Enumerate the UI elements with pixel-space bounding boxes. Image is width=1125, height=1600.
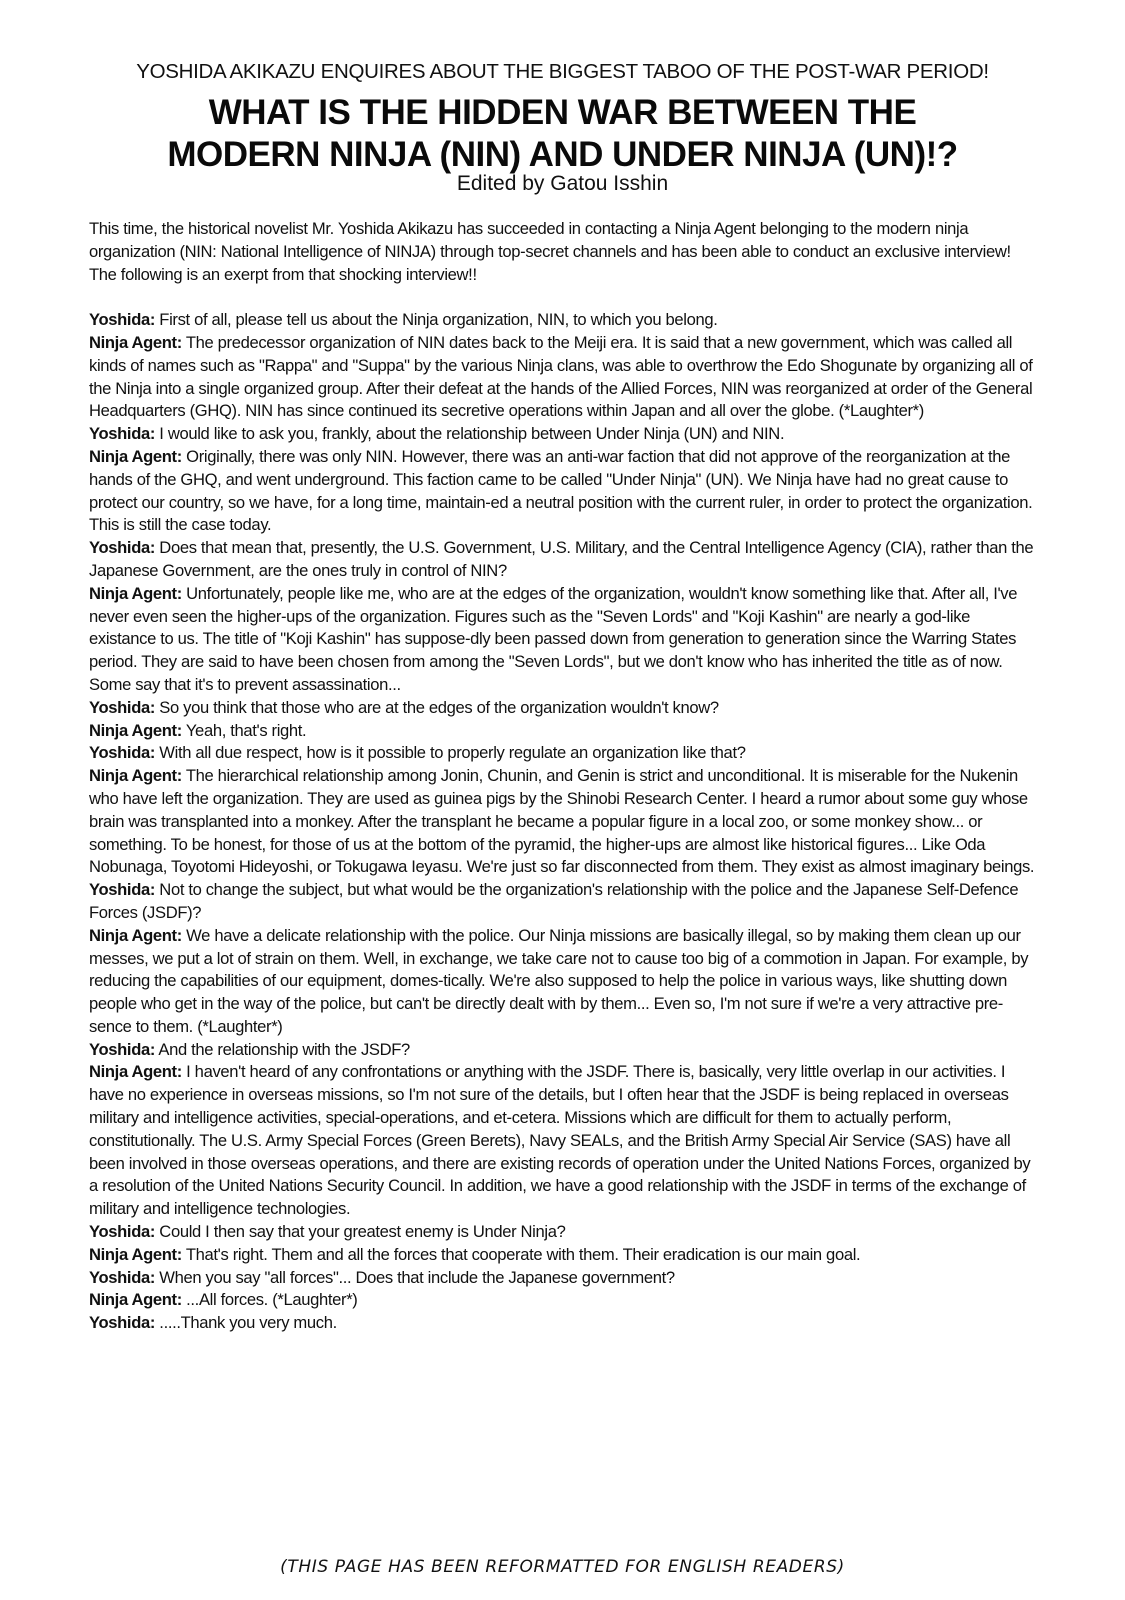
intro-paragraph: This time, the historical novelist Mr. Y… bbox=[89, 218, 1039, 286]
interview-line: Yoshida: And the relationship with the J… bbox=[89, 1039, 1039, 1062]
interview-line: Yoshida: .....Thank you very much. bbox=[89, 1312, 1039, 1335]
interview-line: Yoshida: With all due respect, how is it… bbox=[89, 742, 1039, 765]
article-byline: Edited by Gatou Isshin bbox=[0, 172, 1125, 196]
speech-text: And the relationship with the JSDF? bbox=[155, 1040, 410, 1059]
speaker-label: Yoshida: bbox=[89, 880, 155, 899]
interview-line: Yoshida: Not to change the subject, but … bbox=[89, 879, 1039, 925]
interview-line: Yoshida: First of all, please tell us ab… bbox=[89, 309, 1039, 332]
speech-text: When you say "all forces"... Does that i… bbox=[155, 1268, 675, 1287]
speech-text: With all due respect, how is it possible… bbox=[155, 743, 746, 762]
speaker-label: Yoshida: bbox=[89, 538, 155, 557]
speaker-label: Yoshida: bbox=[89, 1268, 155, 1287]
interview-line: Yoshida: Could I then say that your grea… bbox=[89, 1221, 1039, 1244]
interview-line: Ninja Agent: The hierarchical relationsh… bbox=[89, 765, 1039, 879]
speaker-label: Ninja Agent: bbox=[89, 447, 182, 466]
speaker-label: Ninja Agent: bbox=[89, 584, 182, 603]
article-page: YOSHIDA AKIKAZU ENQUIRES ABOUT THE BIGGE… bbox=[0, 0, 1125, 1600]
speech-text: Not to change the subject, but what woul… bbox=[89, 880, 1018, 922]
speech-text: I would like to ask you, frankly, about … bbox=[155, 424, 784, 443]
speech-text: ...All forces. (*Laughter*) bbox=[182, 1290, 358, 1309]
interview-line: Ninja Agent: Yeah, that's right. bbox=[89, 720, 1039, 743]
interview-line: Yoshida: So you think that those who are… bbox=[89, 697, 1039, 720]
interview-line: Yoshida: When you say "all forces"... Do… bbox=[89, 1267, 1039, 1290]
speaker-label: Ninja Agent: bbox=[89, 333, 182, 352]
speaker-label: Ninja Agent: bbox=[89, 766, 182, 785]
speaker-label: Yoshida: bbox=[89, 1040, 155, 1059]
interview-line: Ninja Agent: We have a delicate relation… bbox=[89, 925, 1039, 1039]
article-kicker: YOSHIDA AKIKAZU ENQUIRES ABOUT THE BIGGE… bbox=[0, 60, 1125, 84]
interview-line: Ninja Agent: Originally, there was only … bbox=[89, 446, 1039, 537]
headline-line-1: WHAT IS THE HIDDEN WAR BETWEEN THE bbox=[0, 92, 1125, 134]
speech-text: First of all, please tell us about the N… bbox=[155, 310, 717, 329]
speaker-label: Ninja Agent: bbox=[89, 721, 182, 740]
article-headline: WHAT IS THE HIDDEN WAR BETWEEN THE MODER… bbox=[0, 92, 1125, 176]
interview-line: Ninja Agent: ...All forces. (*Laughter*) bbox=[89, 1289, 1039, 1312]
interview-line: Ninja Agent: The predecessor organizatio… bbox=[89, 332, 1039, 423]
interview-line: Yoshida: Does that mean that, presently,… bbox=[89, 537, 1039, 583]
speech-text: That's right. Them and all the forces th… bbox=[182, 1245, 860, 1264]
speaker-label: Yoshida: bbox=[89, 743, 155, 762]
interview-line: Ninja Agent: Unfortunately, people like … bbox=[89, 583, 1039, 697]
headline-line-2: MODERN NINJA (NIN) AND UNDER NINJA (UN)!… bbox=[0, 134, 1125, 176]
interview-line: Yoshida: I would like to ask you, frankl… bbox=[89, 423, 1039, 446]
speaker-label: Yoshida: bbox=[89, 698, 155, 717]
speaker-label: Ninja Agent: bbox=[89, 926, 182, 945]
interview-line: Ninja Agent: That's right. Them and all … bbox=[89, 1244, 1039, 1267]
speech-text: Originally, there was only NIN. However,… bbox=[89, 447, 1032, 534]
speech-text: I haven't heard of any confrontations or… bbox=[89, 1062, 1030, 1218]
speech-text: So you think that those who are at the e… bbox=[155, 698, 719, 717]
speech-text: Could I then say that your greatest enem… bbox=[155, 1222, 565, 1241]
reformat-notice: (THIS PAGE HAS BEEN REFORMATTED FOR ENGL… bbox=[0, 1557, 1125, 1577]
interview-line: Ninja Agent: I haven't heard of any conf… bbox=[89, 1061, 1039, 1221]
speaker-label: Yoshida: bbox=[89, 1222, 155, 1241]
speaker-label: Ninja Agent: bbox=[89, 1290, 182, 1309]
speech-text: The hierarchical relationship among Joni… bbox=[89, 766, 1034, 876]
speaker-label: Yoshida: bbox=[89, 424, 155, 443]
speech-text: Yeah, that's right. bbox=[182, 721, 306, 740]
speech-text: We have a delicate relationship with the… bbox=[89, 926, 1028, 1036]
speech-text: Unfortunately, people like me, who are a… bbox=[89, 584, 1017, 694]
speech-text: The predecessor organization of NIN date… bbox=[89, 333, 1033, 420]
article-body: This time, the historical novelist Mr. Y… bbox=[89, 218, 1039, 1335]
speaker-label: Yoshida: bbox=[89, 1313, 155, 1332]
interview-transcript: Yoshida: First of all, please tell us ab… bbox=[89, 309, 1039, 1335]
speaker-label: Ninja Agent: bbox=[89, 1245, 182, 1264]
speech-text: Does that mean that, presently, the U.S.… bbox=[89, 538, 1033, 580]
speaker-label: Yoshida: bbox=[89, 310, 155, 329]
speech-text: .....Thank you very much. bbox=[155, 1313, 337, 1332]
speaker-label: Ninja Agent: bbox=[89, 1062, 182, 1081]
